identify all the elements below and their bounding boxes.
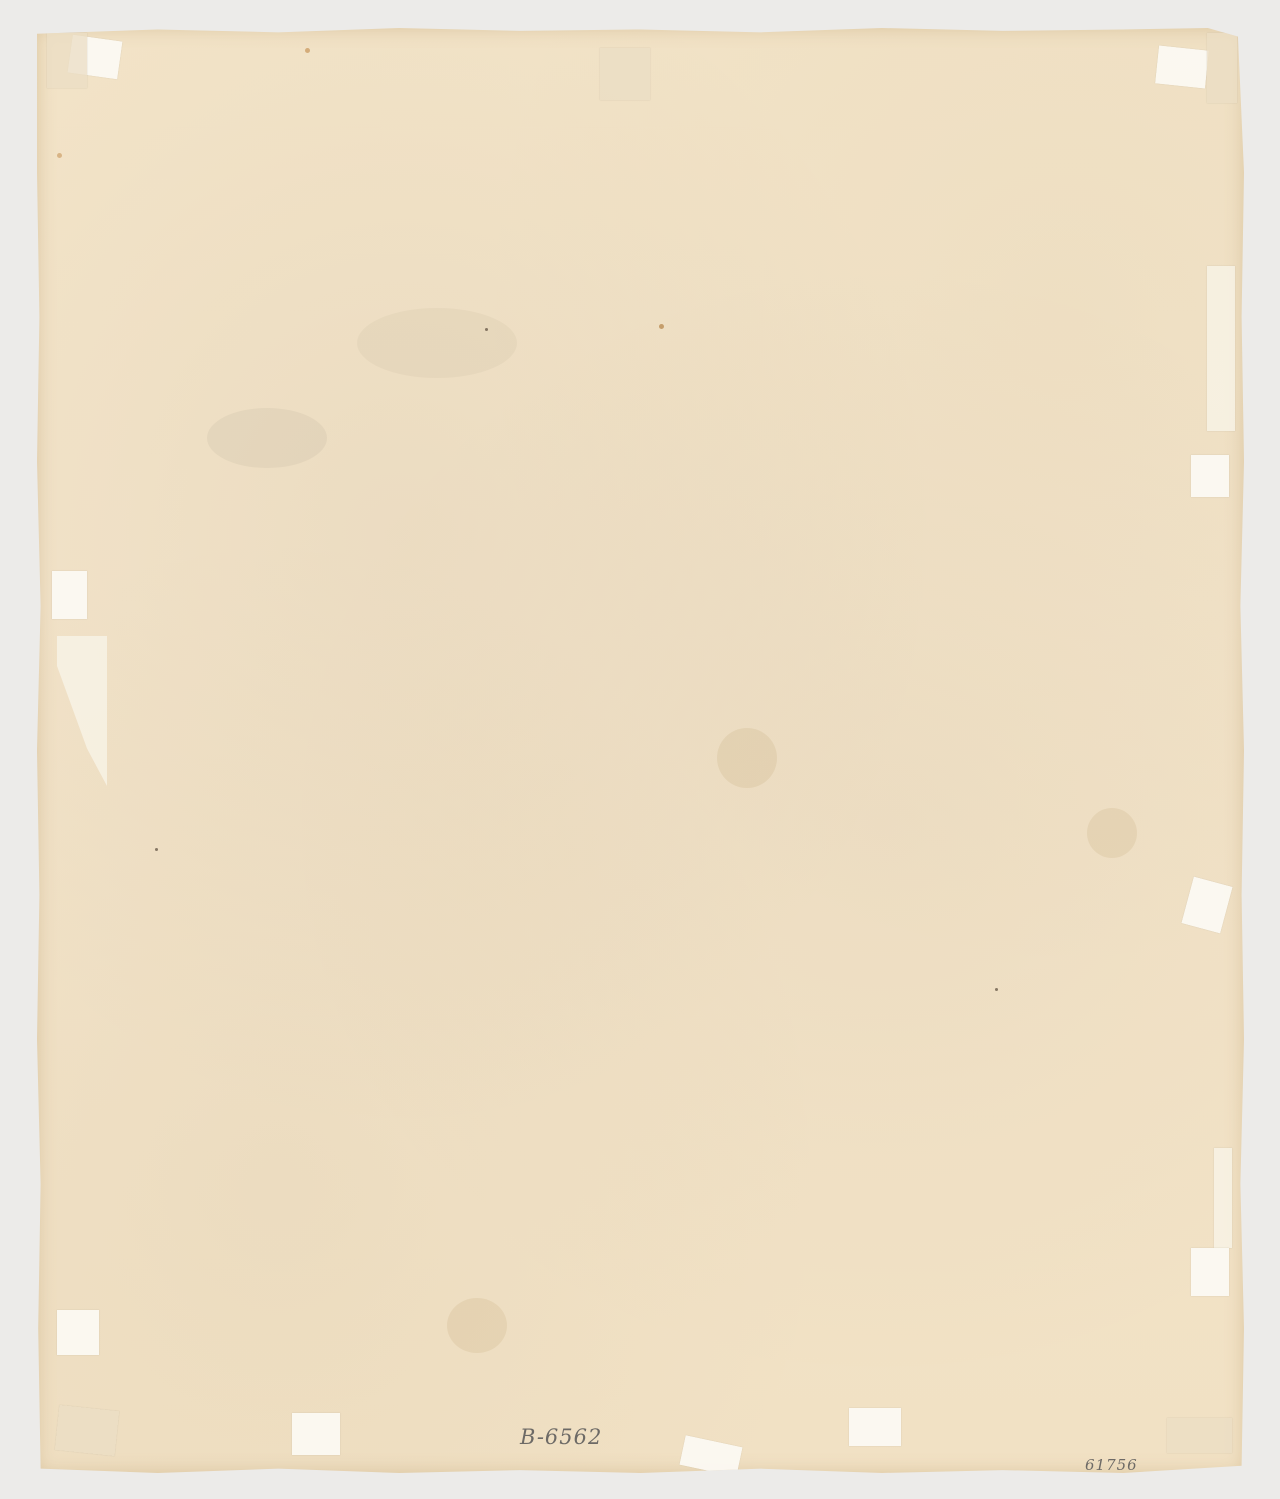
- tape-top-right-aged: [1207, 33, 1237, 103]
- tape-top-left-aged: [47, 33, 87, 88]
- tape-bottom-left-corner: [55, 1405, 119, 1456]
- catalog-number-annotation: 61756: [1085, 1456, 1138, 1474]
- tape-bottom-center-right: [849, 1408, 901, 1446]
- aged-paper-sheet: [37, 28, 1244, 1473]
- stain: [357, 308, 517, 378]
- tape-right-strip: [1207, 266, 1235, 431]
- inventory-code-annotation: B-6562: [520, 1425, 602, 1449]
- stain: [717, 728, 777, 788]
- tape-left-torn: [57, 636, 107, 786]
- tape-bottom-right-corner: [1167, 1418, 1232, 1453]
- tape-right-lower: [1191, 1248, 1229, 1296]
- tape-right-lower-strip: [1214, 1148, 1232, 1248]
- speck: [659, 324, 664, 329]
- speck: [995, 988, 998, 991]
- stain: [207, 408, 327, 468]
- tape-top-center: [600, 48, 650, 100]
- speck: [155, 848, 158, 851]
- tape-right-middle: [1181, 877, 1232, 934]
- speck: [305, 48, 310, 53]
- speck: [485, 328, 488, 331]
- stain: [447, 1298, 507, 1353]
- tape-left-upper: [52, 571, 87, 619]
- tape-right-upper: [1191, 455, 1229, 497]
- stain: [1087, 808, 1137, 858]
- tape-left-lower: [57, 1310, 99, 1355]
- speck: [57, 153, 62, 158]
- tape-bottom-left: [292, 1413, 340, 1455]
- tape-bottom-center-left: [680, 1435, 743, 1476]
- tape-top-right: [1155, 45, 1209, 88]
